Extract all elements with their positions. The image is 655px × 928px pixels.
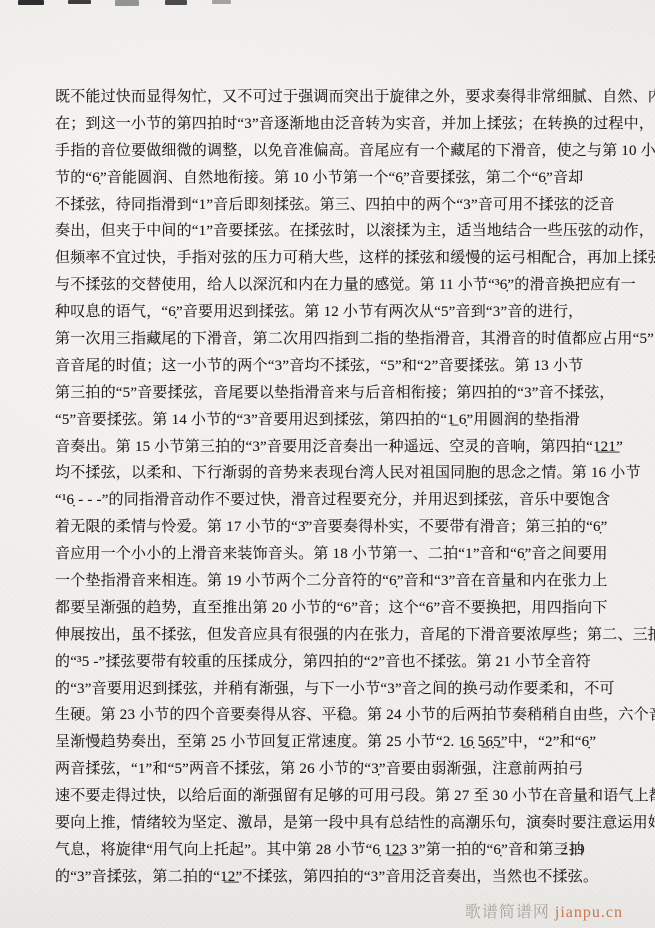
text-line: 音音尾的时值；这一小节的两个“3”音均不揉弦，“5”和“2”音要揉弦。第 13 … — [55, 353, 613, 380]
text-line: 音奏出。第 15 小节第三拍的“3”音要用泛音奏出一种遥远、空灵的音响，第四拍“… — [55, 434, 613, 461]
text-line: 呈渐慢趋势奏出，至第 25 小节回复正常速度。第 25 小节“2. 1̲6̣ 5… — [55, 729, 613, 756]
text-line: 的“3”音要用迟到揉弦，并稍有渐强，与下一小节“3”音之间的换弓动作要柔和，不可 — [55, 676, 613, 703]
text-line: 气息，将旋律“用气向上托起”。其中第 28 小节“6̣ 1̲2̲3 3”第一拍的… — [55, 837, 613, 864]
text-line: 生硬。第 23 小节的四个音要奏得从容、平稳。第 24 小节的后两拍节奏稍稍自由… — [55, 702, 613, 729]
text-line: 伸展按出，虽不揉弦，但发音应具有很强的内在张力，音尾的下滑音要浓厚些；第二、三拍 — [55, 622, 613, 649]
text-line: 要向上推，情绪较为坚定、激昂，是第一段中具有总结性的高潮乐句，演奏时要注意运用好 — [55, 810, 613, 837]
scan-artifact-mark — [212, 0, 231, 4]
watermark: 歌谱简谱网 jianpu.cn — [465, 899, 623, 922]
text-line: 奏出，但夹于中间的“1”音要揉弦。在揉弦时，以滚揉为主，适当地结合一些压弦的动作… — [55, 218, 613, 245]
scan-artifact-mark — [18, 0, 44, 5]
text-line: 种叹息的语气，“6̣”音要用迟到揉弦。第 12 小节有两次从“5”音到“3”音的… — [55, 299, 613, 326]
text-line: 的“³5 -”揉弦要带有较重的压揉成分，第四拍的“2”音也不揉弦。第 21 小节… — [55, 649, 613, 676]
text-line: 速不要走得过快，以给后面的渐强留有足够的可用弓段。第 27 至 30 小节在音量… — [55, 783, 613, 810]
text-line: 两音揉弦，“1”和“5”两音不揉弦，第 26 小节的“3̣”音要由弱渐强，注意前… — [55, 756, 613, 783]
text-line: 第一次用三指藏尾的下滑音，第二次用四指到二指的垫指滑音，其滑音的时值都应占用“5… — [55, 326, 613, 353]
text-line: 与不揉弦的交替使用，给人以深沉和内在力量的感觉。第 11 小节“³6̣”的滑音换… — [55, 272, 613, 299]
text-line: 都要呈渐强的趋势，直至推出第 20 小节的“6”音；这个“6”音不要换把，用四指… — [55, 595, 613, 622]
text-line: 的“3”音揉弦，第二拍的“1̲2̲”不揉弦，第四拍的“3”音用泛音奏出，当然也不… — [55, 864, 613, 891]
text-line: 不揉弦，待同指滑到“1”音后即刻揉弦。第三、四拍中的两个“3”音可用不揉弦的泛音 — [55, 192, 613, 219]
text-line: “¹6̣ - - -”的同指滑音动作不要过快，滑音过程要充分，并用迟到揉弦，音乐… — [55, 487, 613, 514]
text-line: 音应用一个小小的上滑音来装饰音头。第 18 小节第一、二拍“1”音和“6̣”音之… — [55, 541, 613, 568]
text-line: 在；到这一小节的第四拍时“3”音逐渐地由泛音转为实音，并加上揉弦；在转换的过程中… — [55, 111, 613, 138]
text-line: 节的“6̣”音能圆润、自然地衔接。第 10 小节第一个“6̣”音要揉弦，第二个“… — [55, 165, 613, 192]
text-line: 均不揉弦，以柔和、下行渐弱的音势来表现台湾人民对祖国同胞的思念之情。第 16 小… — [55, 460, 613, 487]
book-page: 既不能过快而显得匆忙，又不可过于强调而突出于旋律之外，要求奏得非常细腻、自然、内… — [0, 0, 655, 928]
body-text: 既不能过快而显得匆忙，又不可过于强调而突出于旋律之外，要求奏得非常细腻、自然、内… — [55, 84, 613, 891]
text-line: 着无限的柔情与怜爱。第 17 小节的“3̇”音要奏得朴实，不要带有滑音；第三拍的… — [55, 514, 613, 541]
scan-artifact-mark — [115, 0, 139, 6]
watermark-site-name: 歌谱简谱网 — [465, 904, 550, 921]
text-line: 既不能过快而显得匆忙，又不可过于强调而突出于旋律之外，要求奏得非常细腻、自然、内 — [55, 84, 613, 111]
text-line: 但频率不宜过快，手指对弦的压力可稍大些，这样的揉弦和缓慢的运弓相配合，再加上揉弦 — [55, 245, 613, 272]
scan-artifact-mark — [165, 0, 187, 5]
page-number: 219 — [552, 842, 594, 859]
text-line: 手指的音位要做细微的调整，以免音准偏高。音尾应有一个藏尾的下滑音，使之与第 10… — [55, 138, 613, 165]
watermark-site-url: jianpu.cn — [555, 904, 623, 921]
text-line: 第三拍的“5”音要揉弦，音尾要以垫指滑音来与后音相衔接；第四拍的“3”音不揉弦， — [55, 380, 613, 407]
text-line: 一个垫指滑音来相连。第 19 小节两个二分音符的“6̣”音和“3”音在音量和内在… — [55, 568, 613, 595]
scan-artifact-mark — [68, 0, 91, 4]
text-line: “5”音要揉弦。第 14 小节的“3”音要用迟到揉弦，第四拍的“1̲ 6̣”用圆… — [55, 407, 613, 434]
